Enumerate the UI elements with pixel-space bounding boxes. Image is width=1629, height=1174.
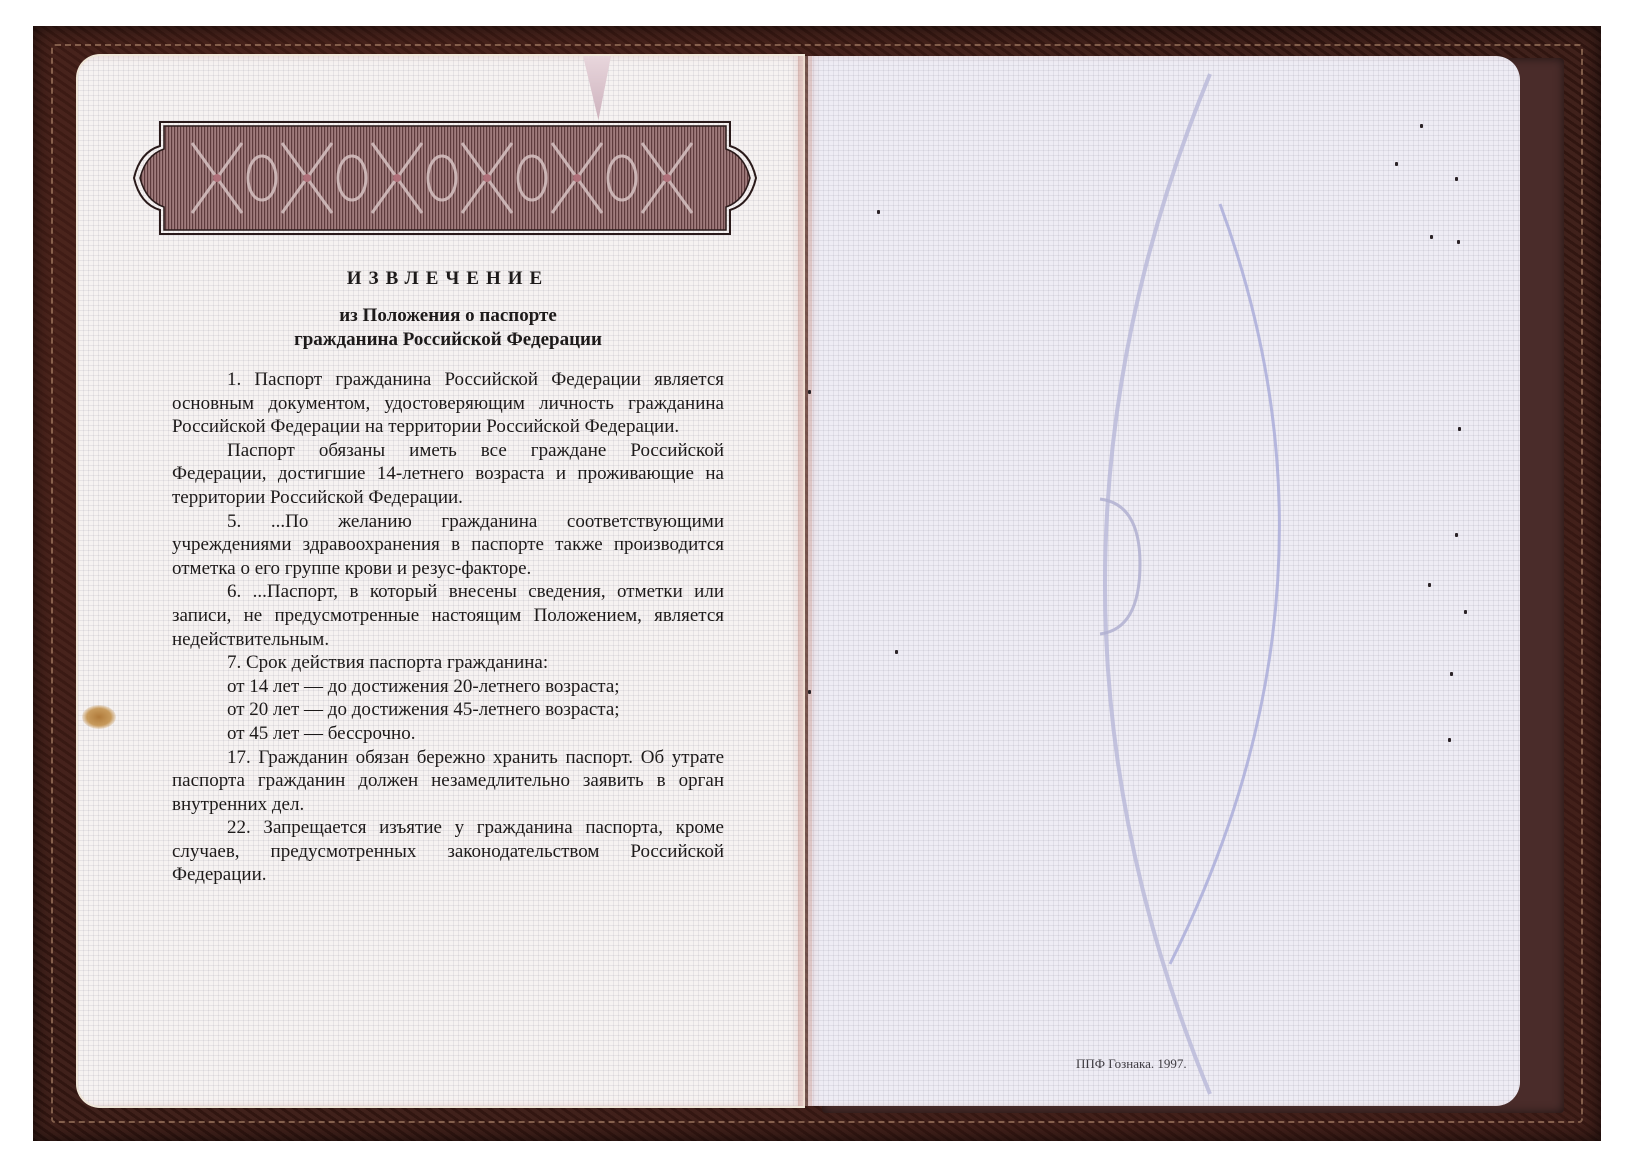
extract-subheading: из Положения о паспорте гражданина Росси… xyxy=(172,304,724,352)
right-page xyxy=(808,56,1520,1106)
clause-6: 6. ...Паспорт, в который внесены сведени… xyxy=(172,580,724,651)
clause-1: 1. Паспорт гражданина Российской Федерац… xyxy=(172,368,724,439)
book-spine xyxy=(798,56,812,1106)
extract-heading: ИЗВЛЕЧЕНИЕ xyxy=(172,268,724,290)
clause-7-term-2: от 20 лет — до достижения 45-летнего воз… xyxy=(172,698,724,722)
clause-5: 5. ...По желанию гражданина соответствую… xyxy=(172,510,724,581)
passport-regulation-extract: ИЗВЛЕЧЕНИЕ из Положения о паспорте гражд… xyxy=(172,268,724,887)
page-stain xyxy=(82,705,116,729)
clause-1-obligation: Паспорт обязаны иметь все граждане Росси… xyxy=(172,439,724,510)
clause-7-term-3: от 45 лет — бессрочно. xyxy=(172,722,724,746)
printer-imprint: ППФ Гознака. 1997. xyxy=(1076,1056,1187,1072)
subheading-line-2: гражданина Российской Федерации xyxy=(294,329,602,350)
clause-17: 17. Гражданин обязан бережно хранить пас… xyxy=(172,746,724,817)
clause-7-term-1: от 14 лет — до достижения 20-летнего воз… xyxy=(172,675,724,699)
clause-7: 7. Срок действия паспорта гражданина: xyxy=(172,651,724,675)
ornament-banner xyxy=(132,118,758,238)
clause-22: 22. Запрещается изъятие у гражданина пас… xyxy=(172,816,724,887)
subheading-line-1: из Положения о паспорте xyxy=(339,305,557,326)
